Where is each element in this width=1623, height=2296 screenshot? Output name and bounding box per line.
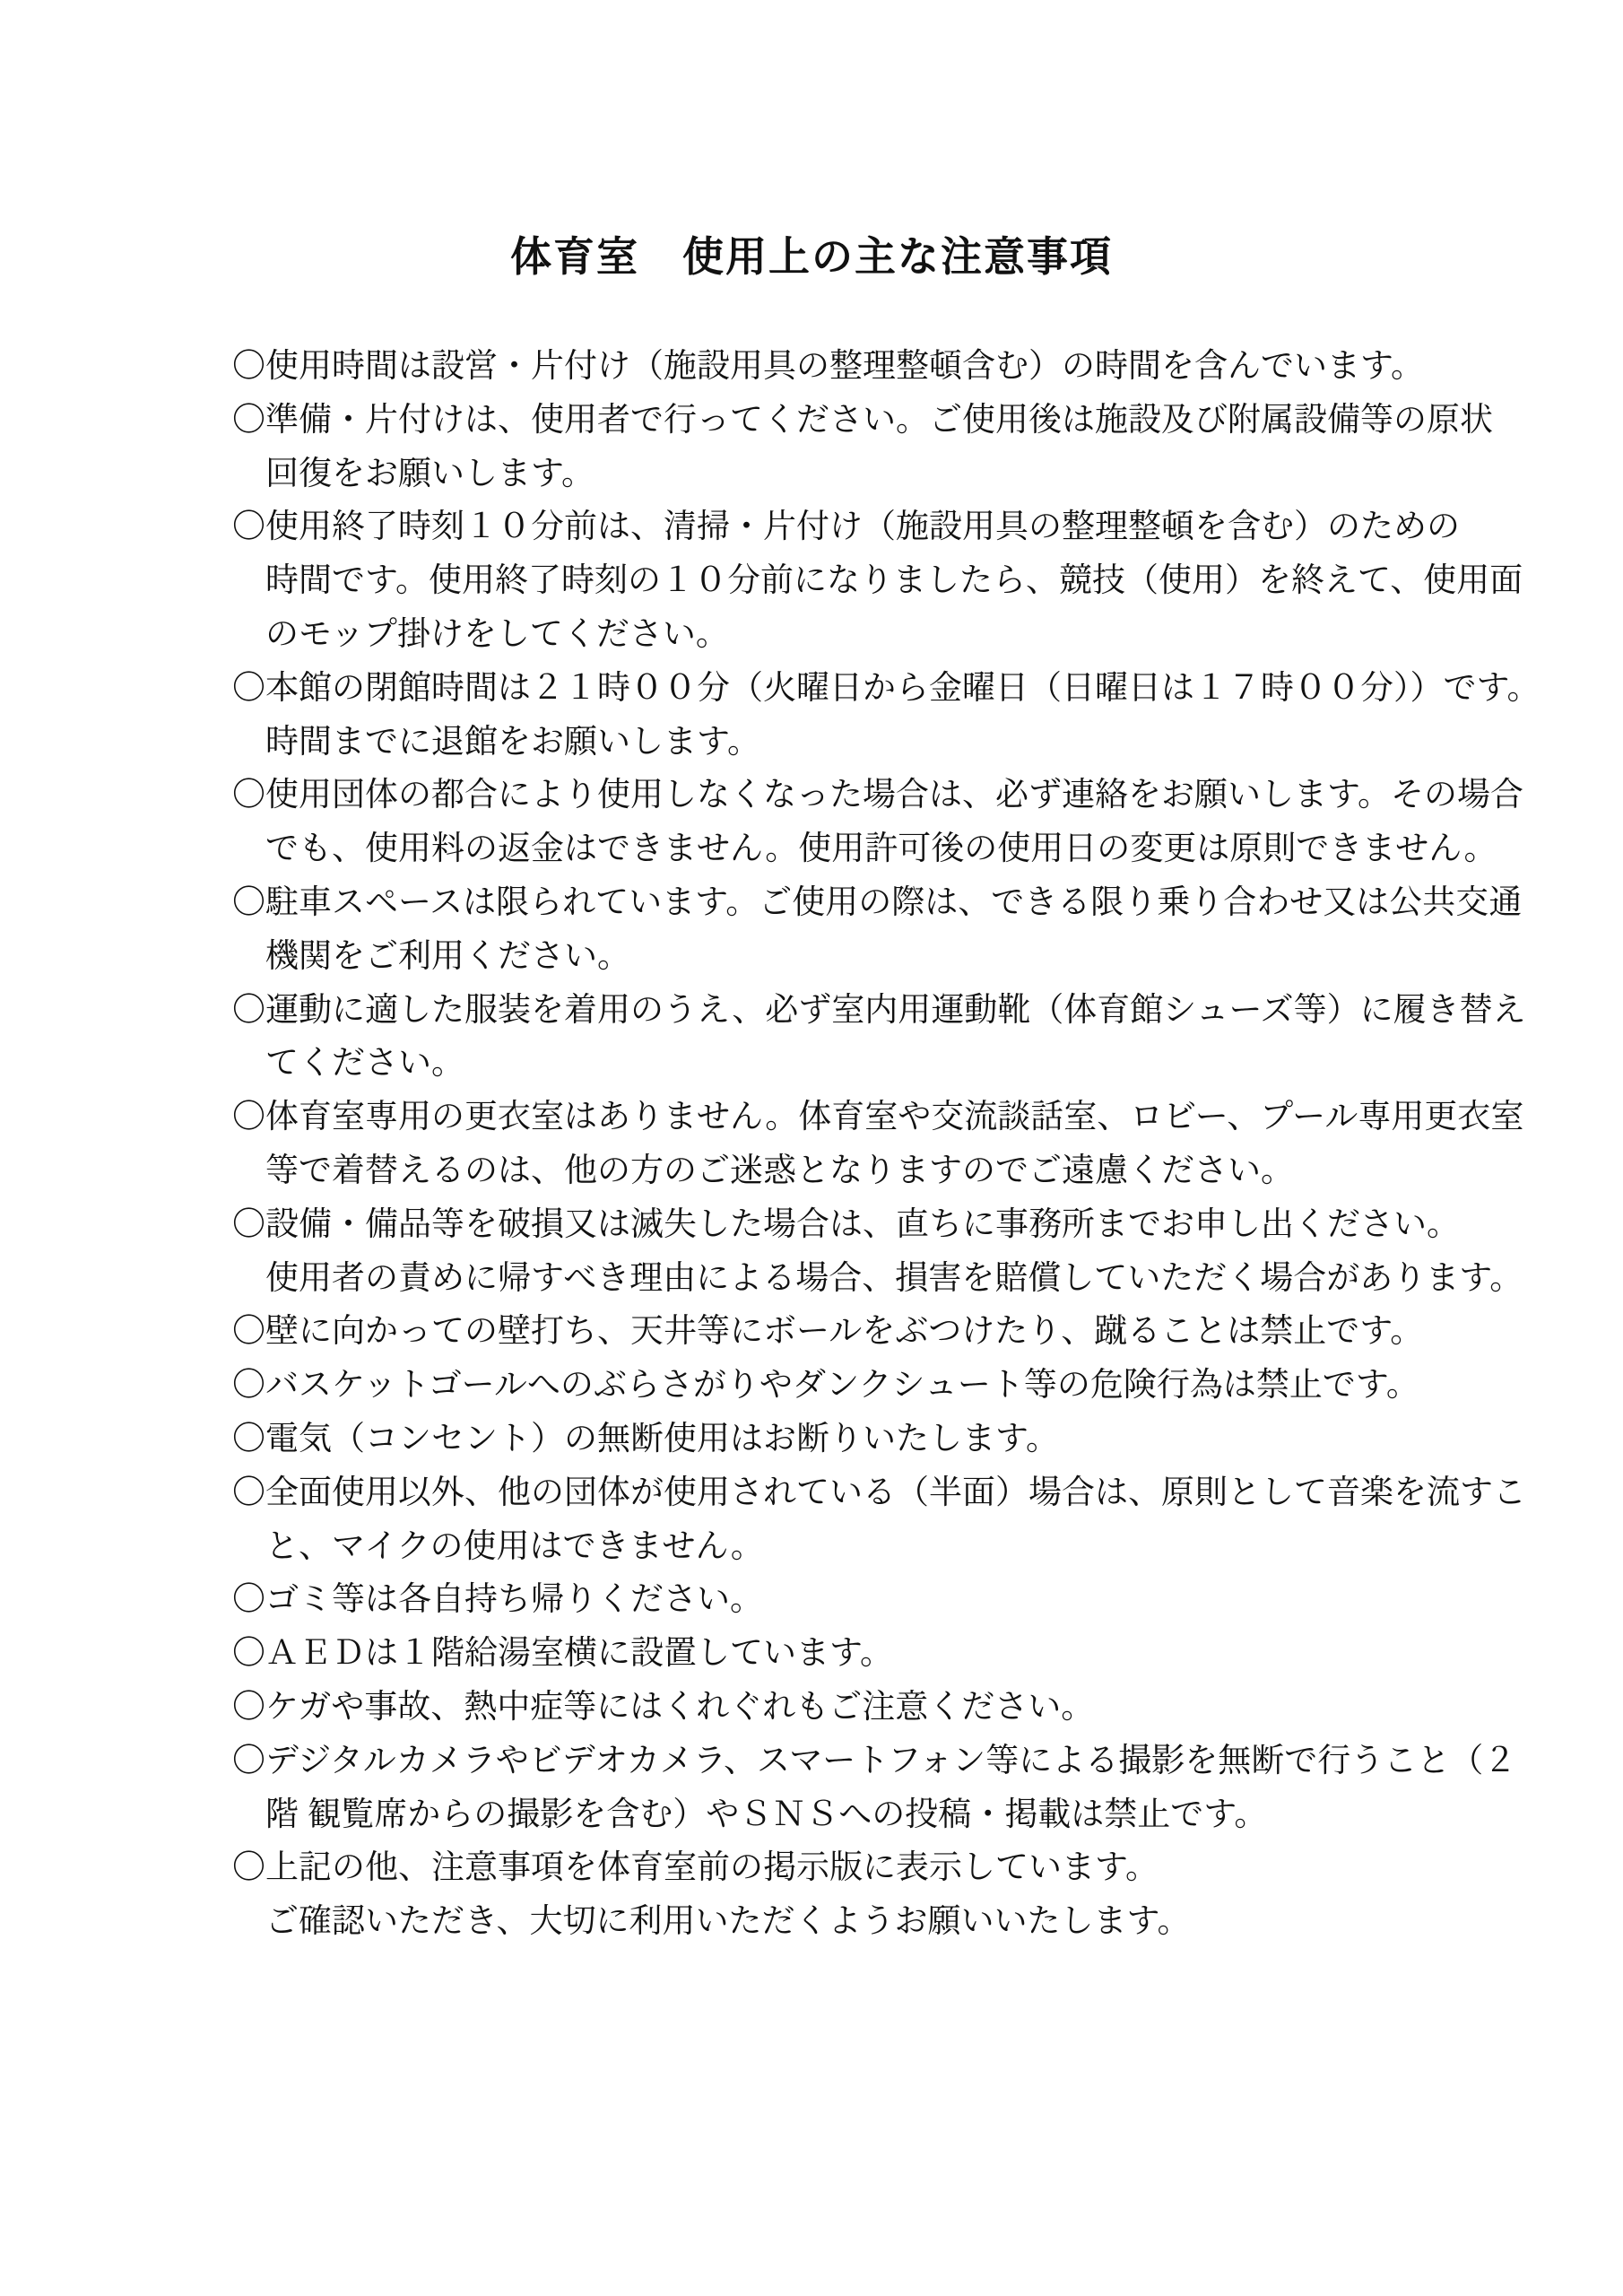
notice-line: と、マイクの使用はできません。 [232,1519,1569,1573]
notice-line: 〇ＡＥＤは１階給湯室横に設置しています。 [232,1626,1569,1680]
notice-line: 〇本館の閉館時間は２１時００分（火曜日から金曜日（日曜日は１７時００分））です。 [232,661,1569,715]
notice-line: 〇上記の他、注意事項を体育室前の掲示版に表示しています。 [232,1840,1569,1894]
notice-line: 〇準備・片付けは、使用者で行ってください。ご使用後は施設及び附属設備等の原状 [232,393,1569,447]
notice-line: のモップ掛けをしてください。 [232,607,1569,661]
notice-list: 〇使用時間は設営・片付け（施設用具の整理整頓含む）の時間を含んでいます。〇準備・… [232,339,1569,1948]
notice-line: 機関をご利用ください。 [232,929,1569,983]
document-page: 体育室 使用上の主な注意事項 〇使用時間は設営・片付け（施設用具の整理整頓含む）… [0,0,1623,2296]
notice-line: 〇使用終了時刻１０分前は、清掃・片付け（施設用具の整理整頓を含む）のための [232,500,1569,553]
notice-line: 〇使用団体の都合により使用しなくなった場合は、必ず連絡をお願いします。その場合 [232,768,1569,822]
notice-line: 〇運動に適した服装を着用のうえ、必ず室内用運動靴（体育館シューズ等）に履き替え [232,983,1569,1037]
notice-line: 〇使用時間は設営・片付け（施設用具の整理整頓含む）の時間を含んでいます。 [232,339,1569,393]
page-title: 体育室 使用上の主な注意事項 [0,229,1623,284]
notice-line: 時間です。使用終了時刻の１０分前になりましたら、競技（使用）を終えて、使用面 [232,553,1569,607]
notice-line: 〇ケガや事故、熱中症等にはくれぐれもご注意ください。 [232,1680,1569,1734]
notice-line: 〇設備・備品等を破損又は滅失した場合は、直ちに事務所までお申し出ください。 [232,1197,1569,1251]
notice-line: 〇デジタルカメラやビデオカメラ、スマートフォン等による撮影を無断で行うこと（２ [232,1734,1569,1787]
notice-line: 〇バスケットゴールへのぶらさがりやダンクシュート等の危険行為は禁止です。 [232,1358,1569,1412]
notice-line: 〇駐車スペースは限られています。ご使用の際は、できる限り乗り合わせ又は公共交通 [232,875,1569,929]
notice-line: 回復をお願いします。 [232,447,1569,500]
notice-line: 〇壁に向かっての壁打ち、天井等にボールをぶつけたり、蹴ることは禁止です。 [232,1304,1569,1358]
notice-line: 階 観覧席からの撮影を含む）やＳＮＳへの投稿・掲載は禁止です。 [232,1787,1569,1841]
notice-line: 〇全面使用以外、他の団体が使用されている（半面）場合は、原則として音楽を流すこ [232,1465,1569,1519]
notice-line: ご確認いただき、大切に利用いただくようお願いいたします。 [232,1894,1569,1948]
notice-line: 時間までに退館をお願いします。 [232,715,1569,769]
notice-line: 〇ゴミ等は各自持ち帰りください。 [232,1572,1569,1626]
notice-line: 〇体育室専用の更衣室はありません。体育室や交流談話室、ロビー、プール専用更衣室 [232,1090,1569,1144]
notice-line: でも、使用料の返金はできません。使用許可後の使用日の変更は原則できません。 [232,822,1569,875]
notice-line: 使用者の責めに帰すべき理由による場合、損害を賠償していただく場合があります。 [232,1251,1569,1305]
notice-line: 〇電気（コンセント）の無断使用はお断りいたします。 [232,1412,1569,1465]
notice-line: 等で着替えるのは、他の方のご迷惑となりますのでご遠慮ください。 [232,1144,1569,1197]
notice-line: てください。 [232,1036,1569,1090]
